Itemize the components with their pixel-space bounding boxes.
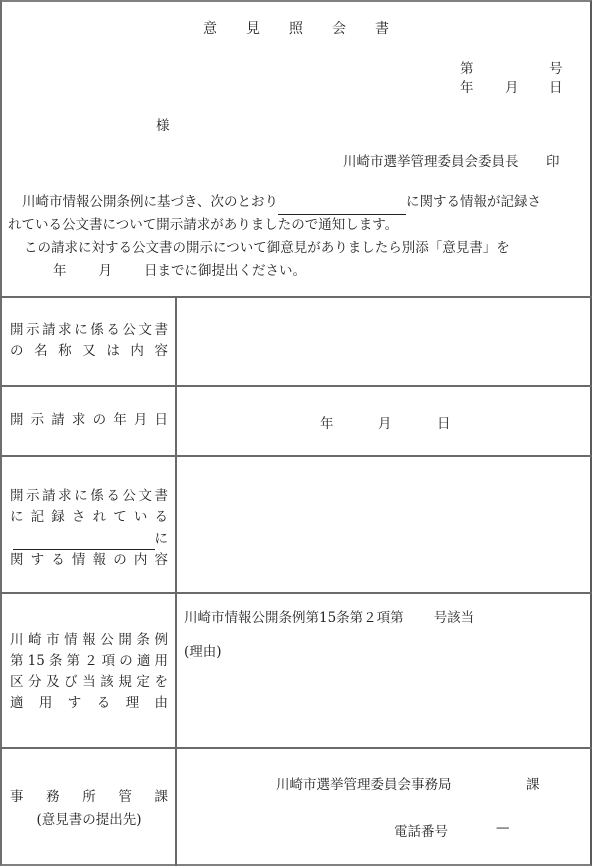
subject-blank [278, 191, 406, 215]
row-divider [0, 592, 592, 594]
body-line-1-before: 川崎市情報公開条例に基づき、次のとおり [22, 194, 278, 210]
office-suffix: 課 [526, 773, 540, 793]
office-name: 川崎市選挙管理委員会事務局 [276, 773, 452, 793]
row-label-recorded-info: 開示請求に係る公文書 に記録されている に 関する情報の内容 [10, 486, 168, 571]
body-line-3: この請求に対する公文書の開示について御意見がありましたら別添「意見書」を [24, 237, 510, 260]
label-line: 開示請求の年月日 [10, 410, 168, 431]
label-line: 区分及び当該規定を [10, 672, 168, 693]
request-date-year: 年 [320, 412, 334, 432]
label-line: に [155, 531, 169, 547]
document-title: 意見照会書 [0, 18, 592, 38]
date-year: 年 [460, 76, 474, 96]
row-divider [0, 385, 592, 387]
seal-mark: 印 [546, 150, 560, 170]
row-label-request-date: 開示請求の年月日 [10, 410, 168, 431]
row-label-clause-reason: 川崎市情報公開条例 第15条第２項の適用 区分及び当該規定を 適用する理由 [10, 630, 168, 714]
number-suffix: 号 [549, 57, 563, 77]
document-frame [0, 0, 592, 866]
body-line-1-after: に関する情報が記録さ [406, 194, 541, 210]
label-line: 川崎市情報公開条例 [10, 630, 168, 651]
deadline-year: 年 [53, 263, 67, 279]
info-blank [13, 528, 155, 550]
deadline-month: 月 [99, 263, 113, 279]
recorded-info-field[interactable] [178, 457, 590, 591]
label-line: の名称又は内容 [10, 341, 168, 362]
deadline-rest: 日までに御提出ください。 [144, 263, 306, 279]
label-line: 開示請求に係る公文書 [10, 320, 168, 341]
label-line: 開示請求に係る公文書 [10, 486, 168, 507]
office-note: (意見書の提出先) [10, 808, 168, 828]
addressee-suffix: 様 [156, 114, 170, 134]
body-line-2: れている公文書について開示請求がありましたので通知します。 [8, 214, 398, 237]
request-date-month: 月 [378, 412, 392, 432]
label-line-blank: に [10, 528, 168, 550]
row-label-document-name: 開示請求に係る公文書 の名称又は内容 [10, 320, 168, 362]
document-name-field[interactable] [178, 298, 590, 384]
label-line: 事務所管課 [10, 787, 168, 808]
body-line-1: 川崎市情報公開条例に基づき、次のとおり に関する情報が記録さ [22, 191, 541, 215]
clause-before: 川崎市情報公開条例第15条第２項第 [184, 610, 404, 626]
label-line: に記録されている [10, 507, 168, 528]
clause-after: 号該当 [434, 610, 475, 626]
body-line-4: 年月日までに御提出ください。 [53, 260, 306, 283]
label-line: 関する情報の内容 [10, 550, 168, 571]
phone-separator: — [496, 820, 510, 836]
date-day: 日 [549, 76, 563, 96]
clause-line: 川崎市情報公開条例第15条第２項第号該当 [184, 606, 474, 626]
row-divider [0, 747, 592, 749]
column-divider [175, 296, 177, 866]
label-line: 適用する理由 [10, 693, 168, 714]
phone-label: 電話番号 [394, 820, 448, 840]
request-date-day: 日 [437, 412, 451, 432]
reason-label: (理由) [184, 640, 222, 660]
label-line: 第15条第２項の適用 [10, 651, 168, 672]
number-prefix: 第 [460, 57, 474, 77]
row-label-office: 事務所管課 [10, 787, 168, 808]
date-month: 月 [505, 76, 519, 96]
sender-name: 川崎市選挙管理委員会委員長 [343, 150, 519, 170]
